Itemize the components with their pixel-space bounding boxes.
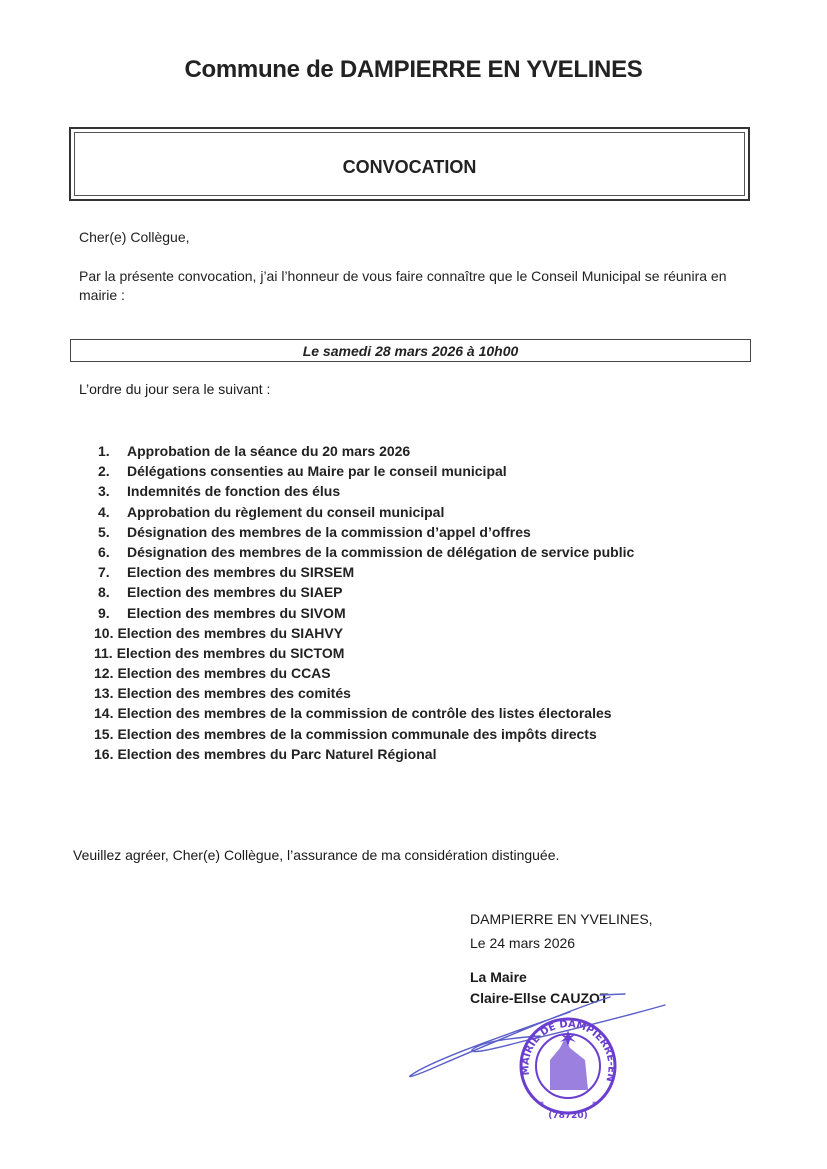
agenda-item-number: 14.	[94, 703, 113, 723]
agenda-item: 13.Election des membres des comités	[98, 683, 634, 703]
meeting-date: Le samedi 28 mars 2026 à 10h00	[303, 343, 519, 359]
agenda-item: 2.Délégations consenties au Maire par le…	[98, 461, 634, 481]
agenda-item-number: 10.	[94, 623, 113, 643]
agenda-item-text: Election des membres du SICTOM	[117, 643, 345, 663]
handwritten-signature-icon	[410, 994, 665, 1077]
agenda-item: 5.Désignation des membres de la commissi…	[98, 522, 634, 542]
meeting-date-box: Le samedi 28 mars 2026 à 10h00	[70, 339, 751, 362]
agenda-item-number: 12.	[94, 663, 113, 683]
signature-place: DAMPIERRE EN YVELINES,	[470, 907, 653, 931]
agenda-item-text: Election des membres du Parc Naturel Rég…	[117, 744, 436, 764]
agenda-item: 16.Election des membres du Parc Naturel …	[98, 744, 634, 764]
agenda-item-number: 11.	[94, 643, 113, 663]
agenda-item: 7.Election des membres du SIRSEM	[98, 562, 634, 582]
agenda-intro: L’ordre du jour sera le suivant :	[79, 381, 270, 397]
convocation-title-inner-frame: CONVOCATION	[74, 132, 745, 196]
agenda-item-text: Election des membres du CCAS	[117, 663, 330, 683]
agenda-item-text: Délégations consenties au Maire par le c…	[127, 461, 507, 481]
agenda-item-text: Election des membres de la commission de…	[117, 703, 611, 723]
agenda-item-number: 6.	[98, 542, 127, 562]
agenda-item-number: 1.	[98, 441, 127, 461]
agenda-item-number: 8.	[98, 582, 127, 602]
agenda-item-text: Election des membres de la commission co…	[117, 724, 596, 744]
greeting: Cher(e) Collègue,	[79, 229, 190, 245]
agenda-item: 1.Approbation de la séance du 20 mars 20…	[98, 441, 634, 461]
agenda-item-number: 4.	[98, 502, 127, 522]
agenda-item: 3.Indemnités de fonction des élus	[98, 481, 634, 501]
intro-paragraph: Par la présente convocation, j’ai l’honn…	[79, 267, 749, 305]
agenda-item: 11.Election des membres du SICTOM	[98, 643, 634, 663]
agenda-item-number: 13.	[94, 683, 113, 703]
signature-place-date: DAMPIERRE EN YVELINES, Le 24 mars 2026	[470, 907, 653, 955]
agenda-item: 6.Désignation des membres de la commissi…	[98, 542, 634, 562]
signature-date: Le 24 mars 2026	[470, 931, 653, 955]
agenda-item-number: 2.	[98, 461, 127, 481]
agenda-item-text: Election des membres du SIRSEM	[127, 562, 354, 582]
agenda-item-number: 5.	[98, 522, 127, 542]
agenda-item-text: Election des membres du SIAEP	[127, 582, 343, 602]
agenda-item: 10.Election des membres du SIAHVY	[98, 623, 634, 643]
agenda-item-text: Indemnités de fonction des élus	[127, 481, 340, 501]
document-title: CONVOCATION	[343, 157, 477, 178]
agenda-item: 14.Election des membres de la commission…	[98, 703, 634, 723]
agenda-item: 4.Approbation du règlement du conseil mu…	[98, 502, 634, 522]
agenda-item-text: Approbation du règlement du conseil muni…	[127, 502, 444, 522]
svg-text:*: *	[540, 1100, 544, 1109]
agenda-item-number: 9.	[98, 603, 127, 623]
commune-heading: Commune de DAMPIERRE EN YVELINES	[0, 56, 827, 84]
mairie-stamp-icon: MAIRIE DE DAMPIERRE-EN-YVELINES * * (787…	[400, 990, 617, 1121]
agenda-item: 12.Election des membres du CCAS	[98, 663, 634, 683]
agenda-item-number: 7.	[98, 562, 127, 582]
handwritten-signature-and-stamp: MAIRIE DE DAMPIERRE-EN-YVELINES * * (787…	[400, 990, 680, 1130]
agenda-item: 9.Election des membres du SIVOM	[98, 603, 634, 623]
agenda-item-number: 3.	[98, 481, 127, 501]
signatory-role: La Maire	[470, 967, 608, 988]
agenda-item-text: Désignation des membres de la commission…	[127, 522, 531, 542]
agenda-item-text: Election des membres du SIAHVY	[117, 623, 343, 643]
agenda-list: 1.Approbation de la séance du 20 mars 20…	[98, 441, 634, 764]
agenda-item-number: 16.	[94, 744, 113, 764]
agenda-item: 8.Election des membres du SIAEP	[98, 582, 634, 602]
agenda-item: 15.Election des membres de la commission…	[98, 724, 634, 744]
agenda-item-number: 15.	[94, 724, 113, 744]
svg-text:(78720): (78720)	[548, 1111, 588, 1121]
agenda-item-text: Approbation de la séance du 20 mars 2026	[127, 441, 410, 461]
agenda-item-text: Election des membres du SIVOM	[127, 603, 346, 623]
closing-formula: Veuillez agréer, Cher(e) Collègue, l’ass…	[73, 847, 559, 863]
convocation-title-box: CONVOCATION	[69, 127, 750, 201]
agenda-item-text: Election des membres des comités	[117, 683, 350, 703]
svg-text:*: *	[592, 1100, 596, 1109]
agenda-item-text: Désignation des membres de la commission…	[127, 542, 634, 562]
